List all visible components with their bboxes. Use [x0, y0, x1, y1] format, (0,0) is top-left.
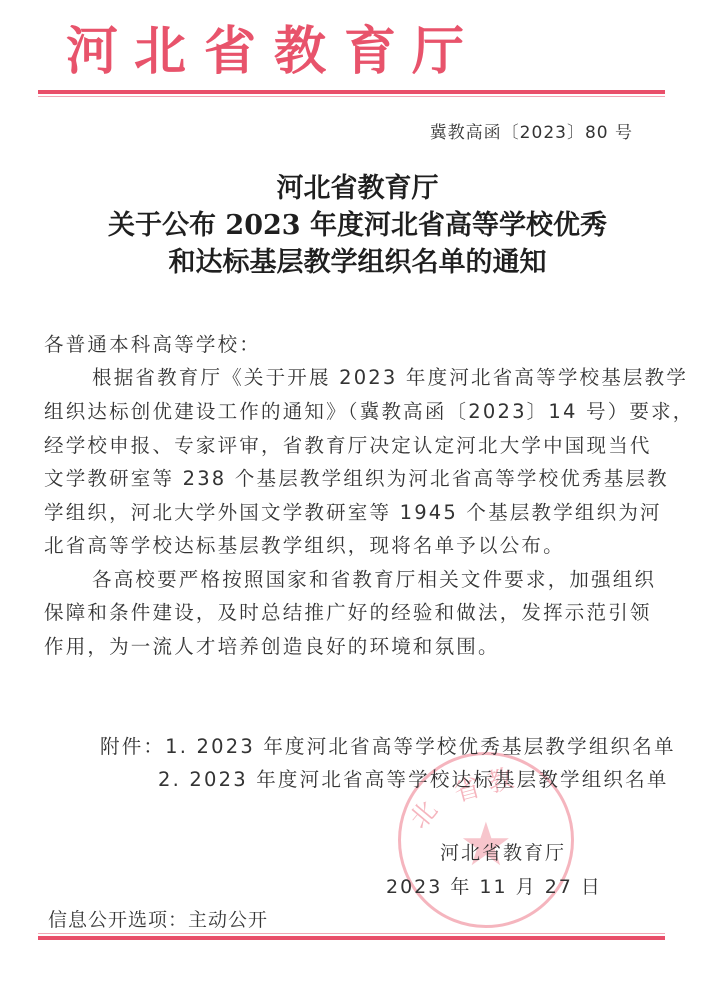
body-line: 各高校要严格按照国家和省教育厅相关文件要求，加强组织	[92, 563, 656, 596]
document-number: 冀教高函〔2023〕80 号	[430, 118, 633, 143]
footer-divider-thick	[38, 936, 665, 940]
seal-text: 北	[399, 792, 444, 836]
letterhead-char: 厅	[412, 22, 464, 82]
attachment-title: 2. 2023 年度河北省高等学校达标基层教学组织名单	[158, 768, 669, 791]
title-line-3: 和达标基层教学组织名单的通知	[0, 246, 715, 280]
letterhead-char: 北	[134, 22, 186, 82]
letterhead-char: 河	[66, 22, 118, 82]
body-line: 经学校申报、专家评审，省教育厅决定认定河北大学中国现当代	[44, 429, 652, 462]
title-line-1: 河北省教育厅	[0, 172, 715, 206]
letterhead: 河 北 省 教 育 厅	[0, 22, 715, 82]
body-line: 作用，为一流人才培养创造良好的环境和氛围。	[44, 630, 500, 663]
attachment-item-1: 附件：1. 2023 年度河北省高等学校优秀基层教学组织名单	[100, 730, 676, 763]
title-line-2: 关于公布 2023 年度河北省高等学校优秀	[0, 209, 715, 243]
greeting: 各普通本科高等学校：	[44, 328, 261, 361]
letterhead-char: 省	[204, 22, 256, 82]
letterhead-divider-thick	[38, 90, 665, 94]
body-line: 保障和条件建设，及时总结推广好的经验和做法，发挥示范引领	[44, 596, 652, 629]
attachment-title: 1. 2023 年度河北省高等学校优秀基层教学组织名单	[165, 735, 676, 758]
letterhead-divider-thin	[38, 96, 665, 97]
body-line: 文学教研室等 238 个基层教学组织为河北省高等学校优秀基层教	[44, 462, 669, 495]
body-line: 学组织，河北大学外国文学教研室等 1945 个基层教学组织为河	[44, 496, 662, 529]
signature-date: 2023 年 11 月 27 日	[386, 872, 602, 899]
footer-divider-thin	[38, 933, 665, 934]
body-line: 组织达标创优建设工作的通知》（冀教高函〔2023〕14 号）要求，	[44, 395, 695, 428]
disclosure-option: 信息公开选项：主动公开	[48, 905, 268, 932]
attachment-item-2: 2. 2023 年度河北省高等学校达标基层教学组织名单	[158, 763, 669, 796]
letterhead-char: 教	[274, 22, 326, 82]
letterhead-char: 育	[344, 22, 396, 82]
attachment-label: 附件：	[100, 735, 165, 758]
signature-org: 河北省教育厅	[440, 838, 566, 865]
body-line: 根据省教育厅《关于开展 2023 年度河北省高等学校基层教学	[92, 361, 688, 394]
body-line: 北省高等学校达标基层教学组织，现将名单予以公布。	[44, 529, 565, 562]
